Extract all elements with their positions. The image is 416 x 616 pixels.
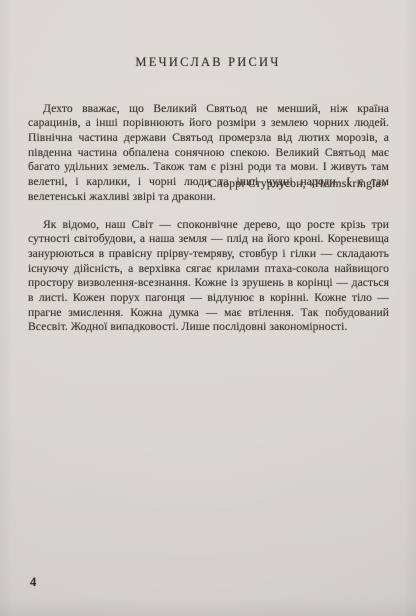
epigraph-attribution: Сноррі Стурлусон, «Heimskringla» (28, 176, 387, 191)
page-number: 4 (30, 575, 36, 590)
body-paragraph: Як відомо, наш Світ — споконвічне дерево… (28, 218, 389, 335)
page-title: МЕЧИСЛАВ РИСИЧ (0, 55, 416, 70)
scanned-book-page: МЕЧИСЛАВ РИСИЧ Дехто вважає, що Великий … (0, 0, 416, 616)
